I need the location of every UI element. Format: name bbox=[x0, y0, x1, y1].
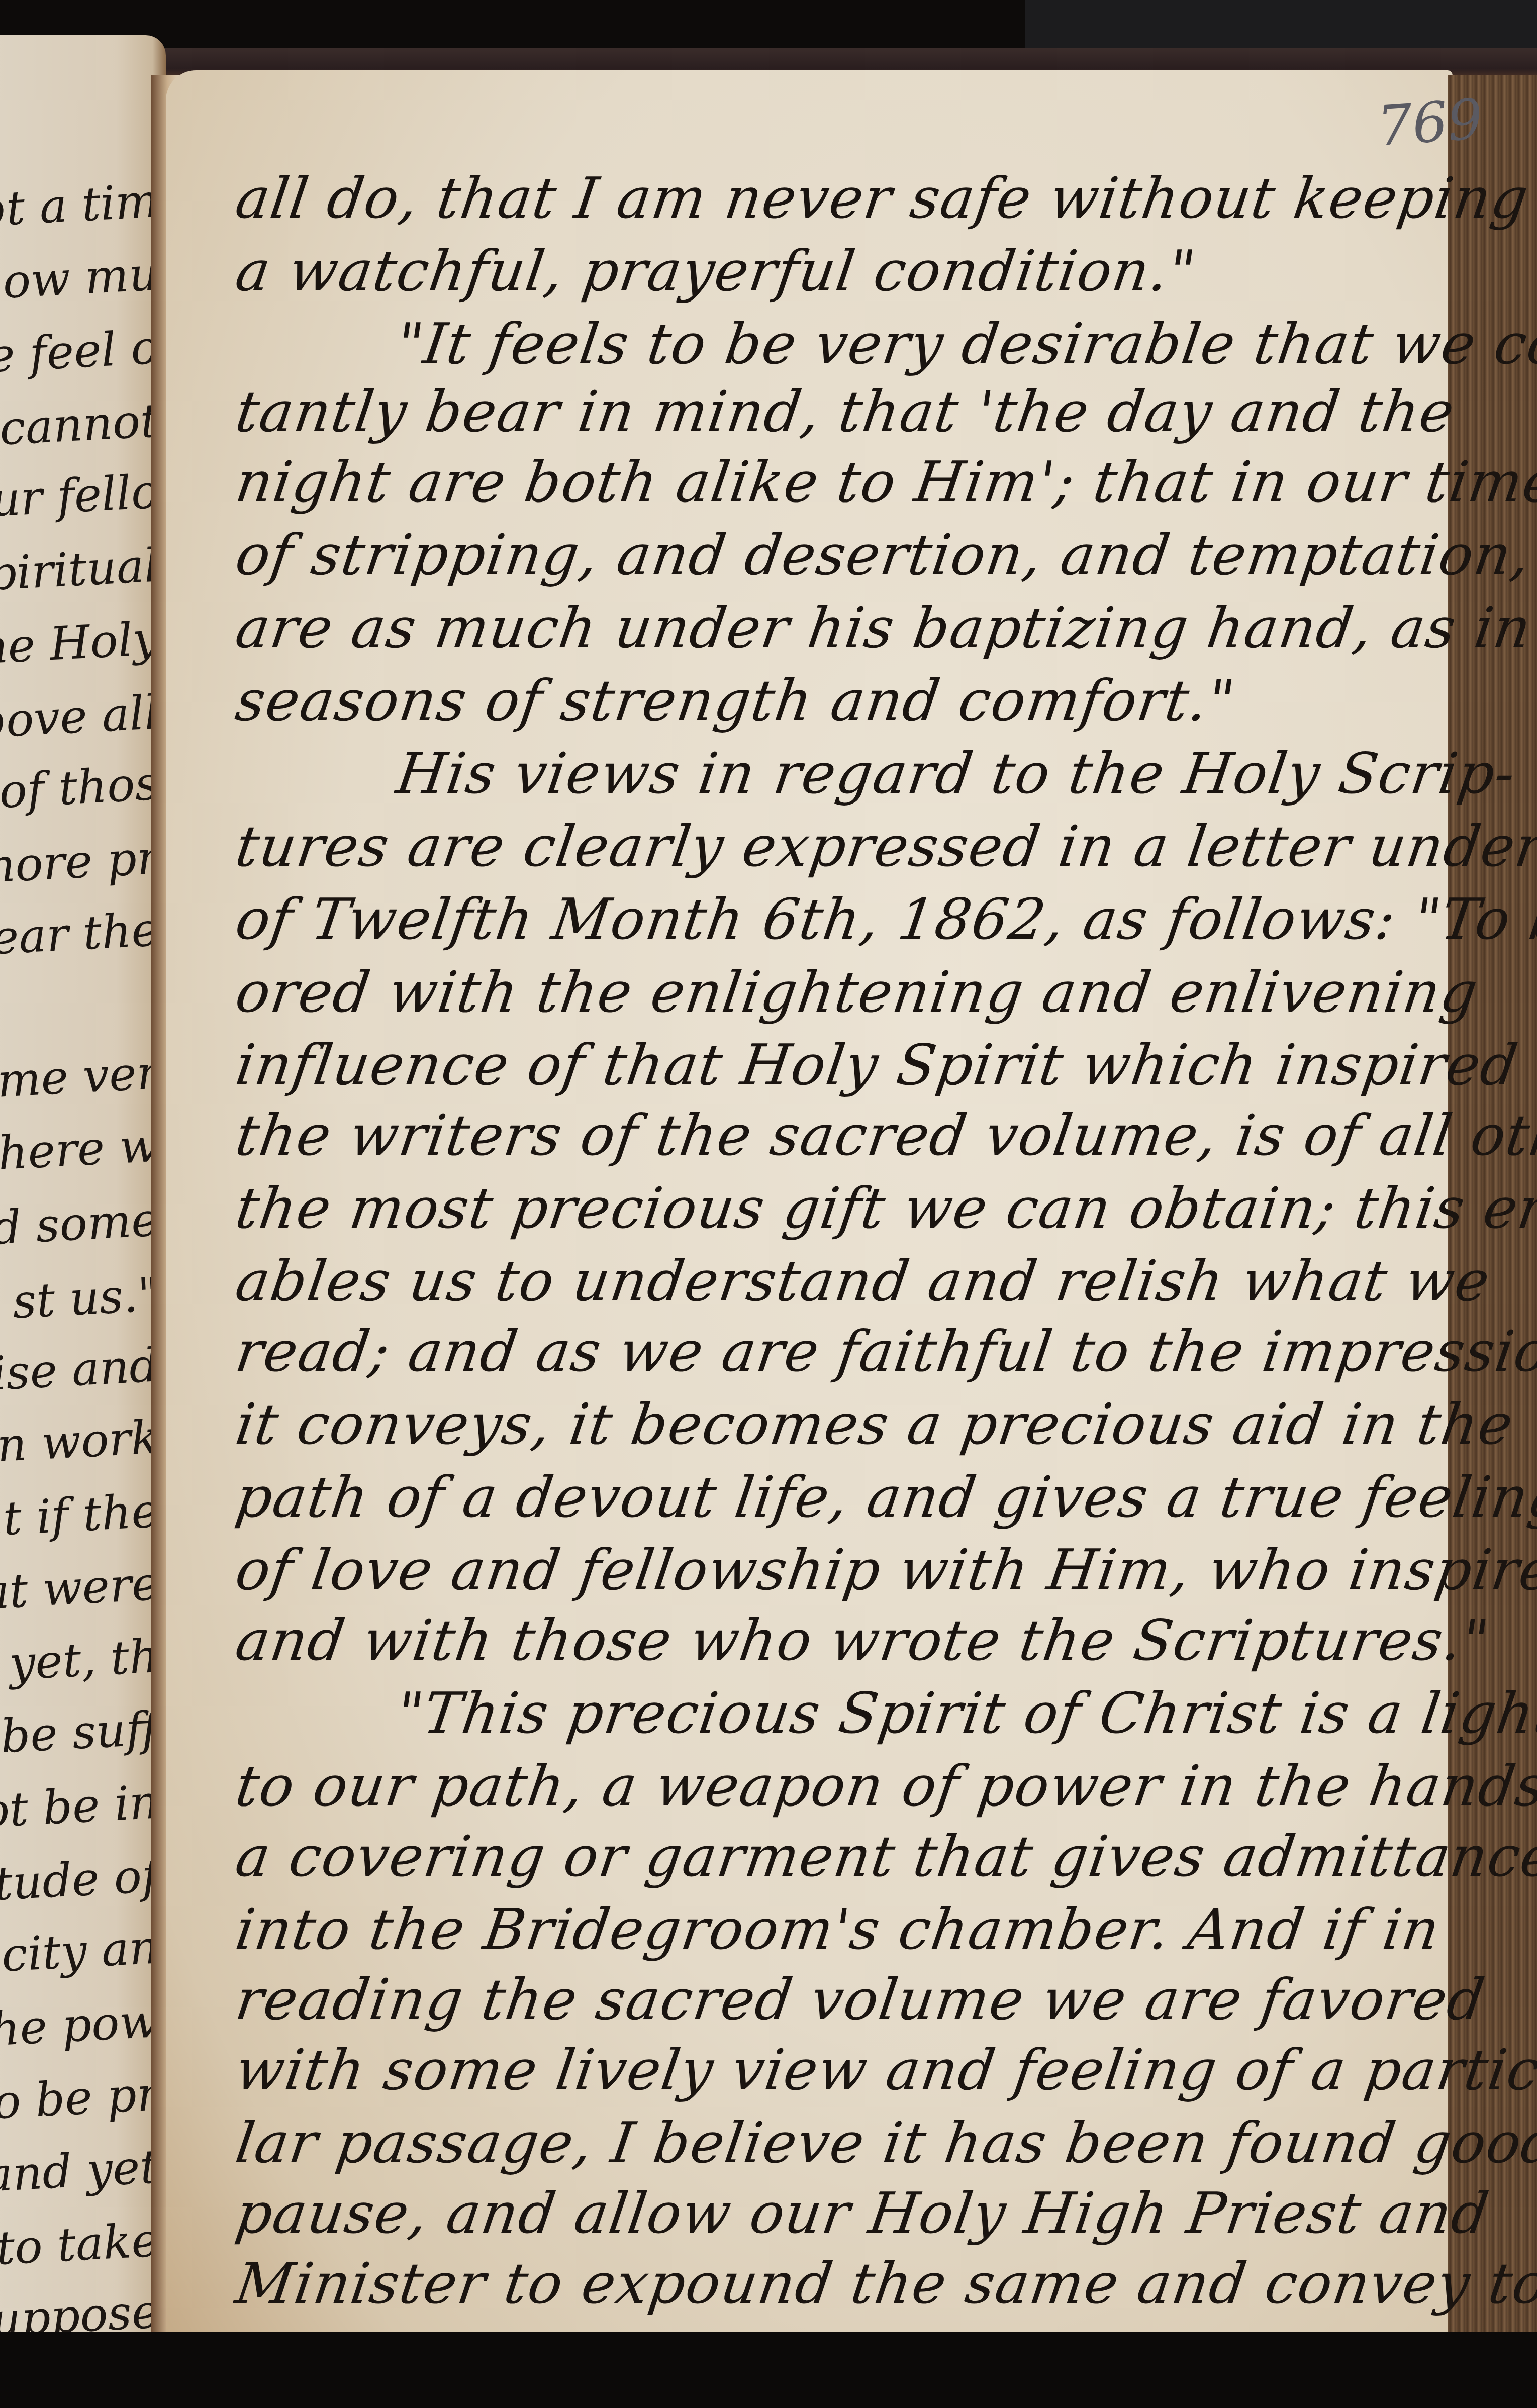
left-page-fragment: hen there w bbox=[0, 1118, 160, 1186]
manuscript-line: night are both alike to Him'; that in ou… bbox=[232, 450, 1537, 515]
manuscript-line: with some lively view and feeling of a p… bbox=[232, 2038, 1537, 2103]
left-page-fragment: ease of thos bbox=[0, 756, 160, 825]
manuscript-line: of Twelfth Month 6th, 1862, as follows: … bbox=[232, 887, 1537, 952]
manuscript-line: all do, that I am never safe without kee… bbox=[232, 166, 1537, 231]
manuscript-line: tures are clearly expressed in a letter … bbox=[232, 814, 1537, 879]
manuscript-line: into the Bridegroom's chamber. And if in bbox=[232, 1897, 1444, 1962]
manuscript-line: influence of that Holy Spirit which insp… bbox=[232, 1033, 1522, 1098]
left-page-fragment: istian work bbox=[0, 1410, 160, 1477]
left-page-fragment: ltitude of bbox=[0, 1849, 160, 1914]
manuscript-line: to our path, a weapon of power in the ha… bbox=[232, 1754, 1537, 1819]
manuscript-line: of love and fellowship with Him, who ins… bbox=[232, 1538, 1537, 1603]
left-page-fragment: doubt a tim bbox=[0, 174, 160, 242]
left-page-fragment: noise and bbox=[0, 1338, 160, 1403]
backdrop-bottom bbox=[0, 2332, 1537, 2408]
left-page-fragment: may be suff bbox=[0, 1701, 160, 1769]
left-page-fragment: ho bear the bbox=[0, 902, 160, 970]
left-page-fragment: and yet, th bbox=[0, 1629, 160, 1696]
manuscript-line: and with those who wrote the Scriptures.… bbox=[232, 1608, 1494, 1673]
manuscript-line: are as much under his baptizing hand, as… bbox=[232, 595, 1536, 661]
left-page-fragment: e one Holy bbox=[0, 612, 160, 678]
left-page-fragment: t not be in bbox=[0, 1775, 160, 1842]
left-page-fragment: that if the bbox=[0, 1484, 160, 1550]
manuscript-line: His views in regard to the Holy Scrip- bbox=[393, 741, 1520, 807]
manuscript-line: seasons of strength and comfort." bbox=[232, 668, 1239, 734]
manuscript-line: "It feels to be very desirable that we c… bbox=[393, 312, 1537, 377]
page-number: 769 bbox=[1375, 87, 1485, 158]
manuscript-line: ables us to understand and relish what w… bbox=[232, 1249, 1494, 1314]
manuscript-line: Minister to expound the same and convey … bbox=[232, 2251, 1537, 2317]
left-page-fragment: st us." bbox=[11, 1267, 160, 1329]
manuscript-line: the writers of the sacred volume, is of … bbox=[232, 1103, 1537, 1168]
left-page-fragment: e to be pr bbox=[0, 2067, 160, 2132]
manuscript-line: reading the sacred volume we are favored bbox=[232, 1967, 1489, 2033]
manuscript-line: read; and as we are faithful to the impr… bbox=[232, 1319, 1537, 1384]
left-page: doubt a tim nd how mu t we feel o ch can… bbox=[0, 35, 166, 2362]
manuscript-line: a watchful, prayerful condition." bbox=[232, 239, 1200, 304]
left-page-fragment: ch cannot bbox=[0, 393, 160, 459]
left-page-fragment: and some bbox=[0, 1192, 160, 1258]
manuscript-line: lar passage, I believe it has been found… bbox=[232, 2111, 1537, 2176]
left-page-fragment: above all bbox=[0, 685, 160, 750]
left-page-fragment: d the pow bbox=[0, 1994, 160, 2060]
manuscript-line: a covering or garment that gives admitta… bbox=[232, 1824, 1537, 1889]
left-page-fragment: t be our fello bbox=[0, 464, 160, 534]
manuscript-line: path of a devout life, and gives a true … bbox=[232, 1465, 1537, 1530]
left-page-fragment: re spiritual bbox=[0, 539, 160, 606]
manuscript-line: "This precious Spirit of Christ is a lig… bbox=[393, 1681, 1537, 1746]
manuscript-line: pause, and allow our Holy High Priest an… bbox=[232, 2181, 1493, 2246]
manuscript-line: it conveys, it becomes a precious aid in… bbox=[232, 1392, 1518, 1457]
left-page-fragment: e more pr bbox=[0, 831, 160, 896]
left-page-fragment: e, and yet bbox=[0, 2140, 160, 2205]
manuscript-line: the most precious gift we can obtain; th… bbox=[232, 1176, 1537, 1241]
left-page-fragment: nd how mu bbox=[0, 247, 160, 315]
left-page-fragment: g to take bbox=[0, 2213, 160, 2277]
manuscript-line: of stripping, and desertion, and temptat… bbox=[232, 523, 1537, 588]
left-page-fragment: lt to me ver bbox=[0, 1046, 160, 1114]
left-page-fragment: heat were bbox=[0, 1557, 160, 1623]
manuscript-line: ored with the enlightening and enlivenin… bbox=[232, 960, 1482, 1025]
manuscript-line: tantly bear in mind, that 'the day and t… bbox=[232, 379, 1459, 445]
left-page-fragment: mplicity an bbox=[0, 1921, 160, 1988]
left-page-fragment: t we feel o bbox=[0, 320, 160, 386]
